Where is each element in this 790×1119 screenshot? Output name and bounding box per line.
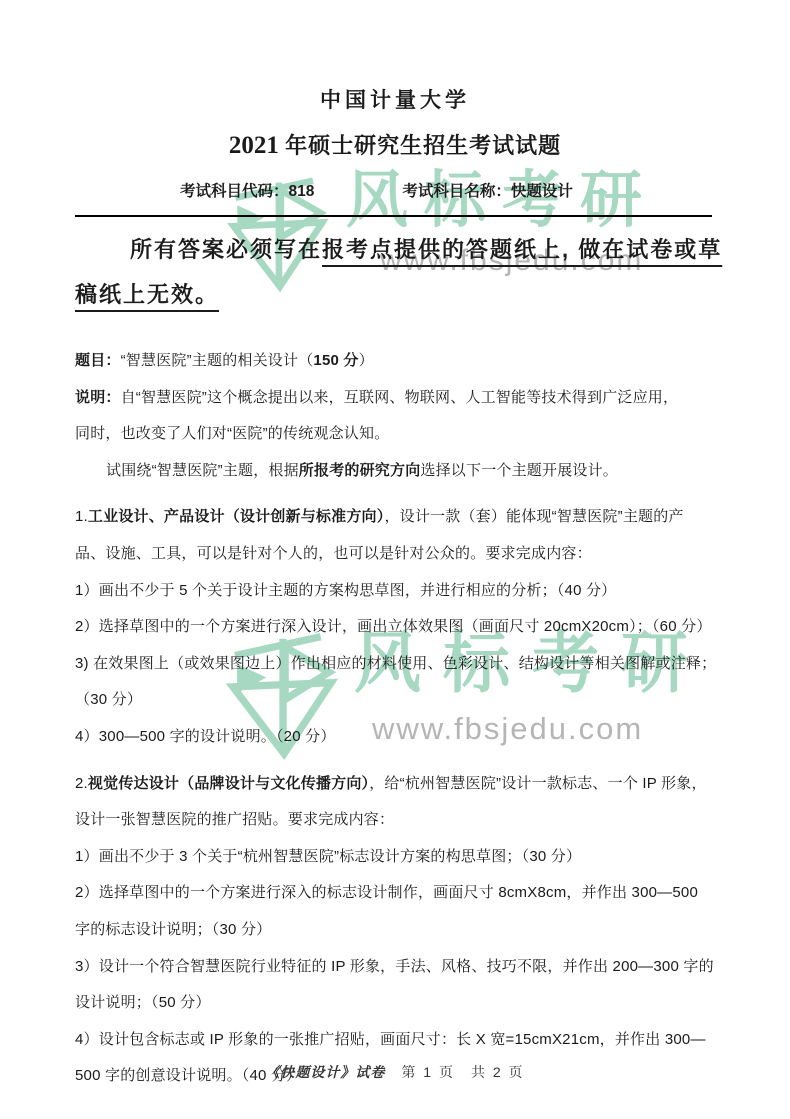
body-line: 3) 在效果图上（或效果图边上）作出相应的材料使用、色彩设计、结构设计等相关图解… [75, 646, 734, 683]
body-line: 4）300—500 字的设计说明。（20 分） [75, 719, 734, 756]
body-line: 字的标志设计说明；（30 分） [75, 912, 734, 949]
text-segment: 品、设施、工具，可以是针对个人的，也可以是针对公众的。要求完成内容： [75, 545, 592, 562]
answer-notice: 所有答案必须写在报考点提供的答题纸上, 做在试卷或草 稿纸上无效。 [75, 227, 724, 317]
text-segment: 自“智慧医院”这个概念提出以来，互联网、物联网、人工智能等技术得到广泛应用， [121, 389, 679, 406]
footer-paper-title: 《快题设计》试卷 [265, 1064, 385, 1080]
text-segment: 选择以下一个主题开展设计。 [420, 462, 618, 479]
body-line: 1.工业设计、产品设计（设计创新与标准方向），设计一款（套）能体现“智慧医院”主… [75, 499, 734, 536]
text-segment: 稿纸上无效。 [75, 282, 219, 307]
body-line: 设计说明；（50 分） [75, 985, 734, 1022]
body-line: （30 分） [75, 682, 734, 719]
text-segment: 所报考的研究方向 [299, 462, 421, 479]
subject-name-value: 快题设计 [511, 183, 573, 200]
text-segment: ） [359, 352, 374, 369]
body-line: 试围绕“智慧医院”主题，根据所报考的研究方向选择以下一个主题开展设计。 [75, 453, 734, 490]
body-line: 设计一张智慧医院的推广招贴。要求完成内容： [75, 802, 734, 839]
text-segment: 工业设计、产品设计（设计创新与标准方向） [88, 508, 385, 525]
body-line: 1）画出不少于 3 个关于“杭州智慧医院”标志设计方案的构思草图；（30 分） [75, 839, 734, 876]
text-segment: “智慧医院”主题的相关设计（ [121, 352, 314, 369]
subject-code-label: 考试科目代码： [180, 183, 289, 200]
body-line: 2）选择草图中的一个方案进行深入的标志设计制作，画面尺寸 8cmX8cm，并作出… [75, 875, 734, 912]
text-segment: ，给“杭州智慧医院”设计一款标志、一个 IP 形象， [369, 775, 706, 792]
text-segment: 说明： [75, 389, 121, 406]
subject-row: 考试科目代码：818 考试科目名称：快题设计 [0, 179, 790, 201]
text-segment: 3) 在效果图上（或效果图边上）作出相应的材料使用、色彩设计、结构设计等相关图解… [75, 655, 716, 672]
body-line: 说明：自“智慧医院”这个概念提出以来，互联网、物联网、人工智能等技术得到广泛应用… [75, 380, 734, 417]
subject-code: 考试科目代码：818 [180, 179, 314, 201]
subject-code-value: 818 [289, 183, 315, 200]
body-line: 题目：“智慧医院”主题的相关设计（150 分） [75, 343, 734, 380]
page-footer: 《快题设计》试卷第 1 页 共 2 页 [0, 1062, 790, 1082]
text-segment: 150 分 [313, 352, 358, 369]
notice-line-1: 所有答案必须写在报考点提供的答题纸上, 做在试卷或草 [75, 227, 724, 272]
exam-title: 2021 年硕士研究生招生考试试题 [0, 129, 790, 160]
text-segment: 1. [75, 508, 88, 525]
subject-name: 考试科目名称：快题设计 [402, 179, 573, 201]
exam-paper-content: 中国计量大学 2021 年硕士研究生招生考试试题 考试科目代码：818 考试科目… [0, 0, 790, 1095]
text-segment: 1）画出不少于 3 个关于“杭州智慧医院”标志设计方案的构思草图；（30 分） [75, 848, 581, 865]
body-line: 4）设计包含标志或 IP 形象的一张推广招贴，画面尺寸：长 X 宽=15cmX2… [75, 1022, 734, 1059]
body-line: 同时，也改变了人们对“医院”的传统观念认知。 [75, 416, 734, 453]
text-segment: 报考点提供的答题纸上, 做在试卷或草 [322, 237, 722, 262]
text-segment: 字的标志设计说明；（30 分） [75, 921, 271, 938]
body-line: 1）画出不少于 5 个关于设计主题的方案构思草图，并进行相应的分析；（40 分） [75, 573, 734, 610]
text-segment: 4）设计包含标志或 IP 形象的一张推广招贴，画面尺寸：长 X 宽=15cmX2… [75, 1031, 706, 1048]
text-segment: 年硕士研究生招生考试试题 [285, 133, 561, 158]
text-segment: 4）300—500 字的设计说明。（20 分） [75, 728, 336, 745]
text-segment: 所有答案必须写在 [130, 237, 322, 262]
header-divider-line [75, 215, 712, 217]
exam-paper-page: 风标考研 www.fbsjedu.com 风标考研 www.fbsjedu.co… [0, 0, 790, 1119]
body-line: 品、设施、工具，可以是针对个人的，也可以是针对公众的。要求完成内容： [75, 536, 734, 573]
body-line: 2）选择草图中的一个方案进行深入设计，画出立体效果图（画面尺寸 20cmX20c… [75, 609, 734, 646]
text-segment: 设计一张智慧医院的推广招贴。要求完成内容： [75, 811, 394, 828]
text-segment: ，设计一款（套）能体现“智慧医院”主题的产 [384, 508, 683, 525]
text-segment: 视觉传达设计（品牌设计与文化传播方向） [88, 775, 369, 792]
text-segment: 2）选择草图中的一个方案进行深入的标志设计制作，画面尺寸 8cmX8cm，并作出… [75, 884, 698, 901]
text-segment: 2. [75, 775, 88, 792]
text-segment: 题目： [75, 352, 121, 369]
body-line: 2.视觉传达设计（品牌设计与文化传播方向），给“杭州智慧医院”设计一款标志、一个… [75, 766, 734, 803]
text-segment: 试围绕“智慧医院”主题，根据 [106, 462, 299, 479]
subject-name-label: 考试科目名称： [402, 183, 511, 200]
university-title: 中国计量大学 [0, 0, 790, 114]
text-segment: 设计说明；（50 分） [75, 994, 211, 1011]
text-segment: 2021 [229, 132, 285, 159]
text-segment: 同时，也改变了人们对“医院”的传统观念认知。 [75, 425, 389, 442]
question-body: 题目：“智慧医院”主题的相关设计（150 分）说明：自“智慧医院”这个概念提出以… [75, 343, 734, 1095]
text-segment: 2）选择草图中的一个方案进行深入设计，画出立体效果图（画面尺寸 20cmX20c… [75, 618, 712, 635]
footer-page-info: 第 1 页 共 2 页 [401, 1064, 524, 1080]
notice-line-2: 稿纸上无效。 [75, 272, 724, 317]
text-segment: 3）设计一个符合智慧医院行业特征的 IP 形象，手法、风格、技巧不限，并作出 2… [75, 958, 714, 975]
body-line: 3）设计一个符合智慧医院行业特征的 IP 形象，手法、风格、技巧不限，并作出 2… [75, 949, 734, 986]
text-segment: （30 分） [75, 691, 142, 708]
text-segment: 1）画出不少于 5 个关于设计主题的方案构思草图，并进行相应的分析；（40 分） [75, 582, 616, 599]
